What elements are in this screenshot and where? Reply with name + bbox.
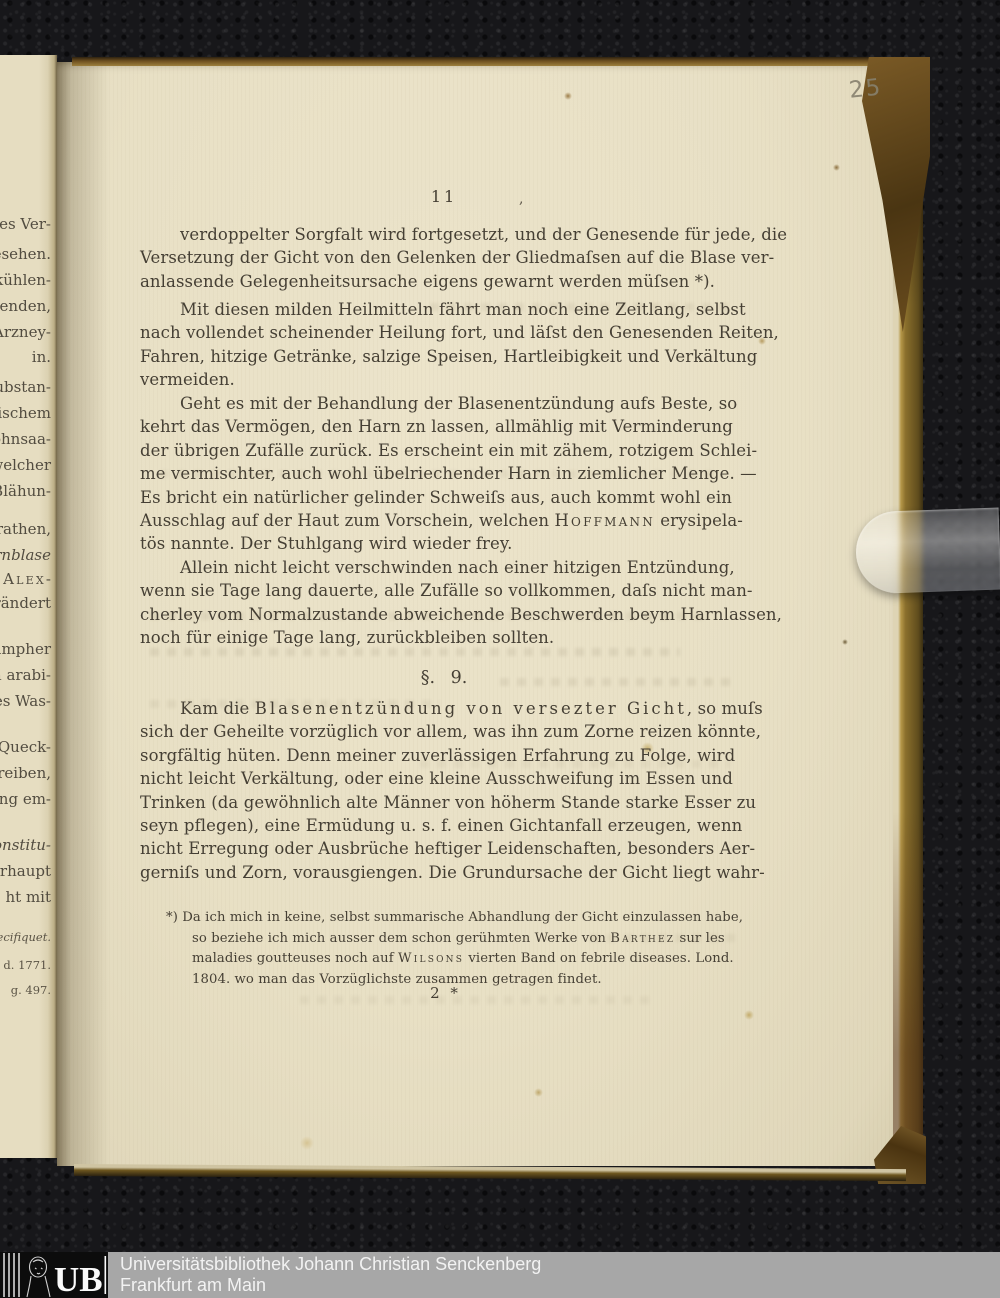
foxing-spot xyxy=(842,639,848,645)
text-line: cherley vom Normalzustande abweichende B… xyxy=(140,603,752,626)
text-line: sorgfältig hüten. Denn meiner zuverlässi… xyxy=(140,744,752,767)
gutter-shadow xyxy=(57,62,117,1166)
prev-page-text-fragment: hreiben, xyxy=(0,766,51,781)
prev-page-text-fragment: gen gesehen. xyxy=(0,247,51,262)
prev-page-text-fragment: Queck- xyxy=(0,740,51,755)
book-top-edge xyxy=(72,57,918,66)
footnote: *) Da ich mich in keine, selbst summaris… xyxy=(166,908,748,990)
prev-page-text-fragment: ng em- xyxy=(0,792,51,807)
signature-mark: 2 * xyxy=(140,984,748,1002)
text-line: Versetzung der Gicht von den Gelenken de… xyxy=(140,246,752,269)
previous-page-text-fragments: ng des Ver-gen gesehen.en, kühlen-halten… xyxy=(0,0,54,1298)
ub-logo: UB xyxy=(0,1252,108,1298)
prev-page-text-fragment: Mohnsaa- xyxy=(0,432,51,447)
prev-page-text-fragment: Alex- xyxy=(3,572,51,587)
foxing-spot xyxy=(300,1136,314,1150)
text-line: Kam die Blasenentzündung von versezter G… xyxy=(140,697,752,720)
text-line: Mit diesen milden Heilmitteln fährt man … xyxy=(140,298,752,321)
prev-page-text-fragment: in. xyxy=(32,350,51,365)
text-line: Geht es mit der Behandlung der Blasenent… xyxy=(140,392,752,415)
prev-page-text-fragment: , welcher xyxy=(0,458,51,473)
foxing-spot xyxy=(744,1010,754,1020)
text-line: Trinken (da gewöhnlich alte Männer von h… xyxy=(140,791,752,814)
prev-page-text-fragment: ecifiquet. xyxy=(0,930,51,945)
foxing-spot xyxy=(833,164,840,171)
foxing-spot xyxy=(564,92,572,100)
prev-page-text-fragment: Harnblase xyxy=(0,548,51,563)
text-line: nach vollendet scheinender Heilung fort,… xyxy=(140,321,752,344)
foxing-spot xyxy=(534,1088,543,1097)
prev-page-text-fragment: haltenden, xyxy=(0,299,51,314)
paragraph-3: Geht es mit der Behandlung der Blasenent… xyxy=(140,392,752,556)
text-line: gerniſs und Zorn, vorausgiengen. Die Gru… xyxy=(140,861,752,884)
prev-page-text-fragment: n Blähun- xyxy=(0,484,51,499)
prev-page-text-fragment: Campher xyxy=(0,642,51,657)
prev-page-text-fragment: g. 497. xyxy=(11,983,51,998)
page-number: 11 xyxy=(140,187,748,206)
paragraph-4: Allein nicht leicht verschwinden nach ei… xyxy=(140,556,752,650)
text-line: sich der Geheilte vorzüglich vor allem, … xyxy=(140,720,752,743)
text-line: Allein nicht leicht verschwinden nach ei… xyxy=(140,556,752,579)
prev-page-text-fragment: n arabi- xyxy=(0,668,51,683)
text-line: verdoppelter Sorgfalt wird fortgesetzt, … xyxy=(140,223,752,246)
pencil-folio-number: 25 xyxy=(848,74,884,103)
text-line: anlassende Gelegenheitsursache eigens ge… xyxy=(140,270,752,293)
text-line: kehrt das Vermögen, den Harn zn lassen, … xyxy=(140,415,752,438)
prev-page-text-fragment: erändert xyxy=(0,596,51,611)
prev-page-text-fragment: onstitu- xyxy=(0,838,51,853)
page-holder-strip xyxy=(855,508,1000,595)
prev-page-text-fragment: ht mit xyxy=(5,890,51,905)
prev-page-text-fragment: anrathen, xyxy=(0,522,51,537)
stray-ink-mark: , xyxy=(519,191,523,207)
text-line: nicht leicht Verkältung, oder eine klein… xyxy=(140,767,752,790)
text-line: tös nannte. Der Stuhlgang wird wieder fr… xyxy=(140,532,752,555)
prev-page-text-fragment: d. 1771. xyxy=(3,958,51,973)
book-bottom-edge xyxy=(74,1164,906,1181)
text-line: so beziehe ich mich ausser dem schon ger… xyxy=(192,929,748,950)
text-line: *) Da ich mich in keine, selbst summaris… xyxy=(166,908,748,929)
text-line: Es bricht ein natürlicher gelinder Schwe… xyxy=(140,486,752,509)
paragraph-2: Mit diesen milden Heilmitteln fährt man … xyxy=(140,298,752,392)
prev-page-text-fragment: arabischem xyxy=(0,406,51,421)
text-line: maladies goutteuses noch auf Wilsons vie… xyxy=(192,949,748,970)
paragraph-1: verdoppelter Sorgfalt wird fortgesetzt, … xyxy=(140,223,752,293)
svg-text:UB: UB xyxy=(54,1260,103,1298)
ub-logo-graphic: UB xyxy=(0,1252,108,1298)
prev-page-text-fragment: en, kühlen- xyxy=(0,273,51,288)
text-line: noch für einige Tage lang, zurückbleiben… xyxy=(140,626,752,649)
prev-page-text-fragment: erhaupt xyxy=(0,864,51,879)
library-name-line2: Frankfurt am Main xyxy=(120,1275,541,1296)
text-line: nicht Erregung oder Ausbrüche heftiger L… xyxy=(140,837,752,860)
text-line: wenn sie Tage lang dauerte, alle Zufälle… xyxy=(140,579,752,602)
prev-page-text-fragment: nd Arzney- xyxy=(0,325,51,340)
prev-page-text-fragment: ng des Ver- xyxy=(0,217,51,232)
text-line: Fahren, hitzige Getränke, salzige Speise… xyxy=(140,345,752,368)
text-line: der übrigen Zufälle zurück. Es erscheint… xyxy=(140,439,752,462)
library-name-line1: Universitätsbibliothek Johann Christian … xyxy=(120,1254,541,1275)
prev-page-text-fragment: e Substan- xyxy=(0,380,51,395)
section-paragraph: Kam die Blasenentzündung von versezter G… xyxy=(140,697,752,884)
text-line: seyn pflegen), eine Ermüdung u. s. f. ei… xyxy=(140,814,752,837)
text-line: vermeiden. xyxy=(140,368,752,391)
section-heading: §. 9. xyxy=(140,668,748,688)
library-name: Universitätsbibliothek Johann Christian … xyxy=(120,1252,541,1298)
prev-page-text-fragment: es Was- xyxy=(0,694,51,709)
text-line: Ausschlag auf der Haut zum Vorschein, we… xyxy=(140,509,752,532)
text-line: me vermischter, auch wohl übelriechender… xyxy=(140,462,752,485)
